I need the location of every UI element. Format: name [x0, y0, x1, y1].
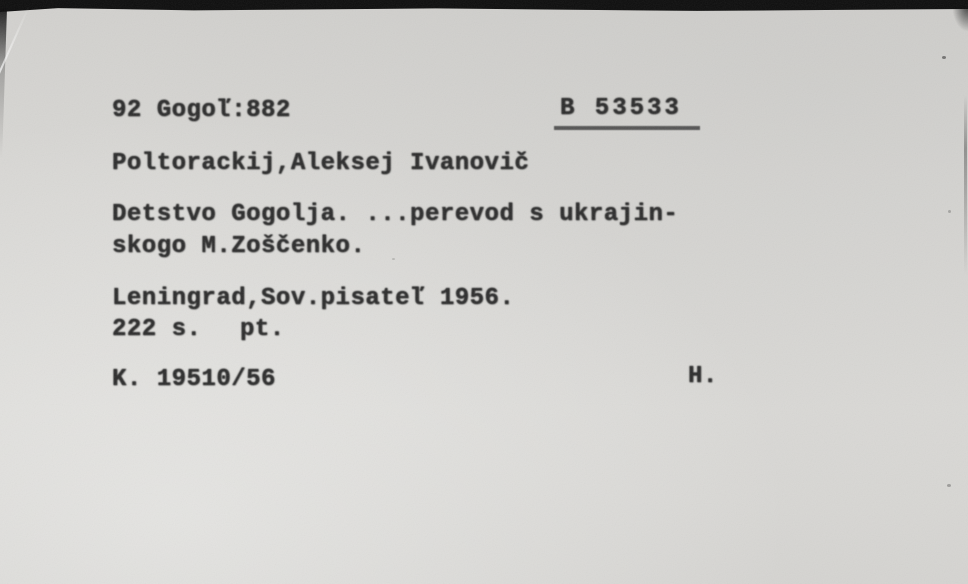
dust-speck	[392, 258, 395, 260]
collation: 222 s.	[112, 315, 201, 345]
cataloguer-initial: H.	[688, 362, 718, 392]
scan-corner-top-right	[952, 6, 968, 32]
title-line-1: Detstvo Gogolja. ...perevod s ukrajin-	[112, 200, 678, 230]
dust-speck	[942, 56, 946, 59]
title-line-2: skogo M.Zoščenko.	[112, 232, 365, 262]
binding-note: pt.	[240, 315, 285, 345]
accession-number: K. 19510/56	[112, 365, 276, 395]
dust-speck	[947, 484, 951, 487]
card-paper: 92 Gogoľ:882 B 53533 Poltorackij,Aleksej…	[0, 0, 968, 584]
scan-edge-left	[0, 8, 7, 158]
author-line: Poltorackij,Aleksej Ivanovič	[112, 149, 529, 179]
catalog-card-scan: { "card": { "classification": "92 Gogoľ:…	[0, 0, 968, 584]
call-number: B 53533	[554, 94, 700, 130]
scan-edge-top	[0, 0, 968, 14]
scan-edge-right	[964, 95, 967, 275]
imprint-line: Leningrad,Sov.pisateľ 1956.	[112, 284, 514, 314]
classification-number: 92 Gogoľ:882	[112, 96, 291, 126]
dust-speck	[948, 210, 951, 213]
